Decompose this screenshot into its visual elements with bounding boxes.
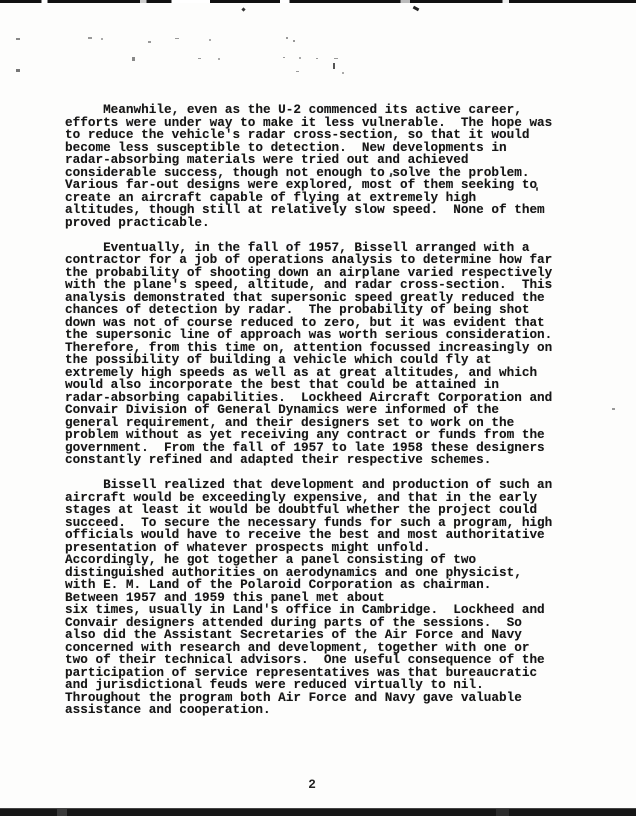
scan-speck (333, 63, 335, 69)
scan-speck (132, 57, 135, 61)
scan-speck (612, 408, 615, 410)
scan-speck (101, 38, 103, 40)
scan-speck (175, 38, 179, 39)
scan-speck (241, 7, 245, 11)
scan-speck (413, 6, 420, 11)
page-number: 2 (65, 777, 559, 792)
scan-speck (218, 58, 220, 60)
paragraph-2: Eventually, in the fall of 1957, Bissell… (65, 242, 565, 467)
scan-speck (88, 37, 92, 39)
scan-speck (293, 40, 295, 42)
paragraph-1: Meanwhile, even as the U-2 commenced its… (65, 104, 565, 229)
scan-speck (16, 69, 20, 72)
document-body: Meanwhile, even as the U-2 commenced its… (65, 104, 565, 717)
scan-speck (334, 58, 338, 59)
scan-speck (16, 38, 20, 40)
scan-speck (316, 58, 318, 59)
scan-speck (198, 58, 201, 59)
scanned-document-page: Meanwhile, even as the U-2 commenced its… (0, 0, 636, 816)
scan-speck (299, 57, 301, 59)
scan-edge-bottom (0, 808, 636, 816)
paragraph-3: Bissell realized that development and pr… (65, 479, 565, 717)
scan-speck (283, 57, 285, 58)
scan-speck (286, 37, 288, 39)
scan-speck (296, 71, 299, 72)
scan-speck (209, 39, 211, 41)
scan-edge-top (0, 0, 636, 3)
scan-speck (148, 41, 151, 43)
scan-speck (342, 72, 344, 74)
